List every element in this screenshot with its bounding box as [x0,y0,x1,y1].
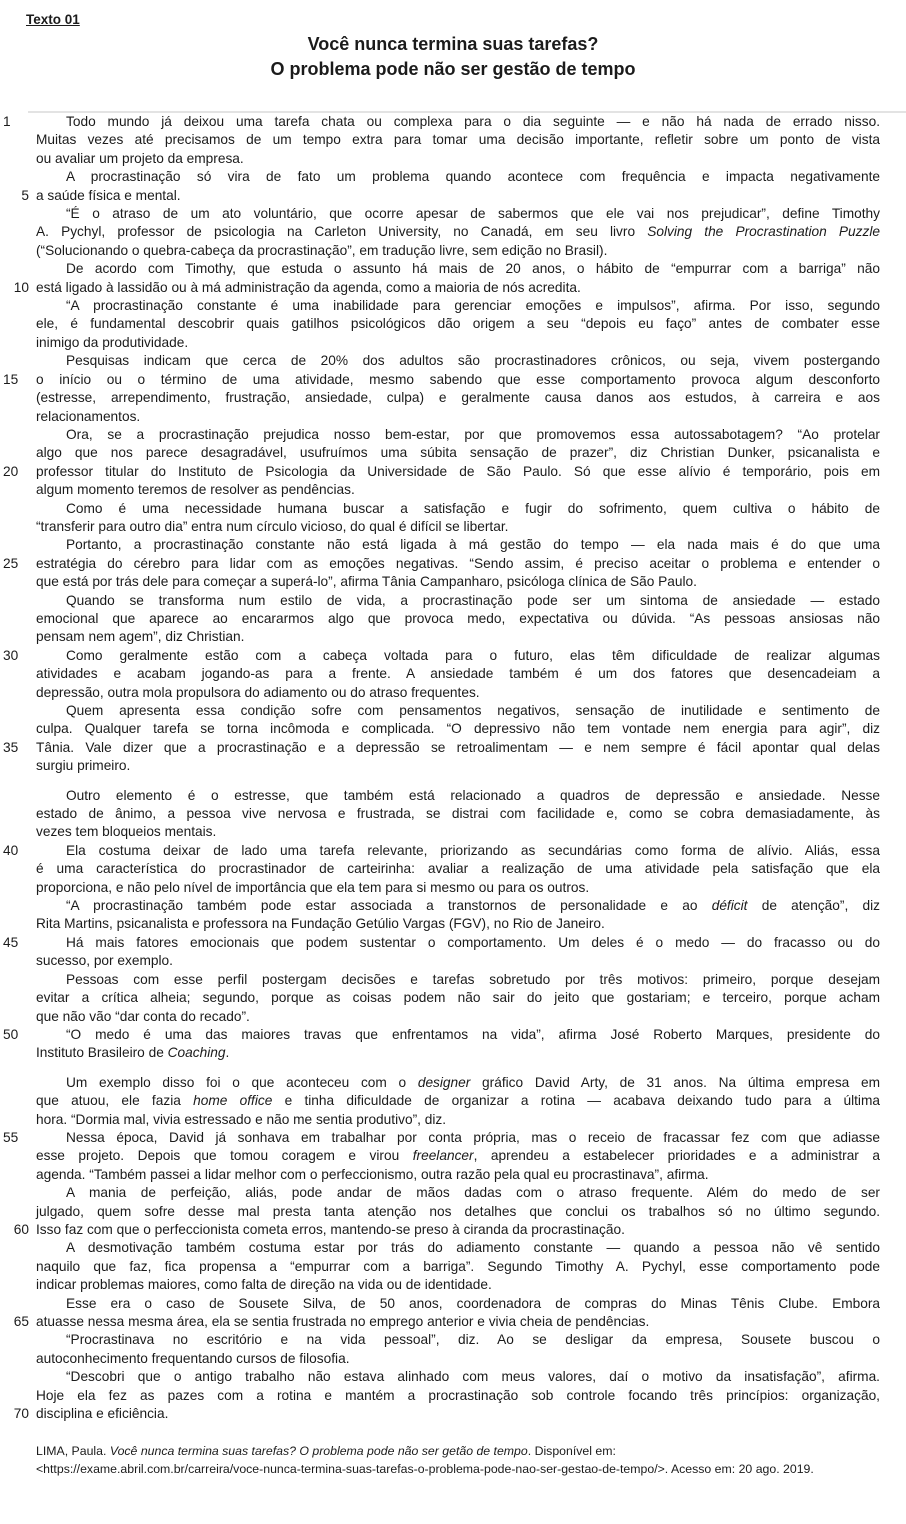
text-line: hora. “Dormia mal, vivia estressado e nã… [36,1111,880,1129]
text-line: culpa. Qualquer tarefa se torna incômoda… [36,720,880,738]
text-line: 10está ligado à lassidão ou à má adminis… [36,279,880,297]
text-line: Quando se transforma num estilo de vida,… [36,592,880,610]
text-line: “A procrastinação também pode estar asso… [36,897,880,915]
citation-line: <https://exame.abril.com.br/carreira/voc… [36,1460,880,1478]
citation: LIMA, Paula. Você nunca termina suas tar… [36,1442,880,1478]
text-line: “transferir para outro dia” entra num cí… [36,518,880,536]
text-line: sucesso, por exemplo. [36,952,880,970]
text-line: atividades e acabam jogando-as para a fr… [36,665,880,683]
text-line: Pesquisas indicam que cerca de 20% dos a… [36,352,880,370]
text-line: 25estratégia do cérebro para lidar com a… [36,555,880,573]
line-number: 1 [3,113,29,131]
text-line: A mania de perfeição, aliás, pode andar … [36,1184,880,1202]
text-line: relacionamentos. [36,408,880,426]
text-line: Esse era o caso de Sousete Silva, de 50 … [36,1295,880,1313]
text-line: emocional que aparece ao encararmos algo… [36,610,880,628]
text-line: 35Tânia. Vale dizer que a procrastinação… [36,739,880,757]
line-number: 65 [3,1313,29,1331]
text-line: “A procrastinação constante é uma inabil… [36,297,880,315]
article-title: Você nunca termina suas tarefas? O probl… [0,32,906,81]
line-number: 30 [3,647,29,665]
text-line: depressão, outra mola propulsora do adia… [36,684,880,702]
text-line: algum momento teremos de resolver as pen… [36,481,880,499]
line-number: 50 [3,1026,29,1044]
line-number: 45 [3,934,29,952]
text-line: “Descobri que o antigo trabalho não esta… [36,1368,880,1386]
document-page: Texto 01 Você nunca termina suas tarefas… [0,0,906,1524]
text-line: 50“O medo é uma das maiores travas que e… [36,1026,880,1044]
text-line: evitar a crítica alheia; segundo, porque… [36,989,880,1007]
text-line: Rita Martins, psicanalista e professora … [36,915,880,933]
text-line: 45Há mais fatores emocionais que podem s… [36,934,880,952]
text-line: agenda. “Também passei a lidar melhor co… [36,1166,880,1184]
text-line: ele, é fundamental descobrir quais gatil… [36,315,880,333]
text-line: (“Solucionando o quebra-cabeça da procra… [36,242,880,260]
line-number: 55 [3,1129,29,1147]
text-line: “Procrastinava no escritório e na vida p… [36,1331,880,1349]
line-number: 15 [3,371,29,389]
text-line: pensam nem agem”, diz Christian. [36,628,880,646]
line-number: 20 [3,463,29,481]
text-line: que atuou, ele fazia home office e tinha… [36,1092,880,1110]
line-number: 10 [3,279,29,297]
text-line: A desmotivação também costuma estar por … [36,1239,880,1257]
text-line: 65atuasse nessa mesma área, ela se senti… [36,1313,880,1331]
article-title-line-1: Você nunca termina suas tarefas? [308,34,599,54]
text-line: é uma característica do procrastinador d… [36,860,880,878]
text-line: Hoje ela fez as pazes com a rotina e man… [36,1387,880,1405]
text-line: julgado, quem sofre desse mal presta tan… [36,1203,880,1221]
text-line: Ora, se a procrastinação prejudica nosso… [36,426,880,444]
text-line: Portanto, a procrastinação constante não… [36,536,880,554]
line-number: 25 [3,555,29,573]
text-line: De acordo com Timothy, que estuda o assu… [36,260,880,278]
text-line: que está por trás dele para começar a su… [36,573,880,591]
text-line: 40Ela costuma deixar de lado uma tarefa … [36,842,880,860]
article-title-line-2: O problema pode não ser gestão de tempo [270,59,635,79]
line-number: 60 [3,1221,29,1239]
text-line: A procrastinação só vira de fato um prob… [36,168,880,186]
text-line: Outro elemento é o estresse, que também … [36,787,880,805]
text-line: 20professor titular do Instituto de Psic… [36,463,880,481]
text-line: autoconhecimento frequentando cursos de … [36,1350,880,1368]
text-line: inimigo da produtividade. [36,334,880,352]
text-line: ou avaliar um projeto da empresa. [36,150,880,168]
text-line: 60Isso faz com que o perfeccionista come… [36,1221,880,1239]
text-line: 55Nessa época, David já sonhava em traba… [36,1129,880,1147]
line-number: 40 [3,842,29,860]
text-line: proporciona, e não pelo nível de importâ… [36,879,880,897]
text-line: algo que nos parece desagradável, usufru… [36,444,880,462]
line-number: 35 [3,739,29,757]
text-line: “É o atraso de um ato voluntário, que oc… [36,205,880,223]
text-line: A. Pychyl, professor de psicologia na Ca… [36,223,880,241]
text-label: Texto 01 [26,12,80,27]
text-line: Quem apresenta essa condição sofre com p… [36,702,880,720]
text-line: esse projeto. Depois que tomou coragem e… [36,1147,880,1165]
text-line: 5a saúde física e mental. [36,187,880,205]
text-line: surgiu primeiro. [36,757,880,775]
text-line: naquilo que faz, fica propensa a “empurr… [36,1258,880,1276]
text-line: indicar problemas maiores, como falta de… [36,1276,880,1294]
text-line: Como é uma necessidade humana buscar a s… [36,500,880,518]
citation-line: LIMA, Paula. Você nunca termina suas tar… [36,1442,880,1460]
text-line: 15o início ou o término de uma atividade… [36,371,880,389]
article-body: 1Todo mundo já deixou uma tarefa chata o… [36,113,880,1423]
text-line: Um exemplo disso foi o que aconteceu com… [36,1074,880,1092]
text-line: estado de ânimo, a pessoa vive nervosa e… [36,805,880,823]
text-line: Instituto Brasileiro de Coaching. [36,1044,880,1062]
text-line: 30Como geralmente estão com a cabeça vol… [36,647,880,665]
text-line: 1Todo mundo já deixou uma tarefa chata o… [36,113,880,131]
text-line: 70disciplina e eficiência. [36,1405,880,1423]
line-number: 70 [3,1405,29,1423]
text-line: (estresse, arrependimento, frustração, a… [36,389,880,407]
line-number: 5 [3,187,29,205]
text-line: vezes tem bloqueios mentais. [36,823,880,841]
text-line: Muitas vezes até precisamos de um tempo … [36,131,880,149]
text-line: Pessoas com esse perfil postergam decisõ… [36,971,880,989]
text-line: que não vão “dar conta do recado”. [36,1008,880,1026]
